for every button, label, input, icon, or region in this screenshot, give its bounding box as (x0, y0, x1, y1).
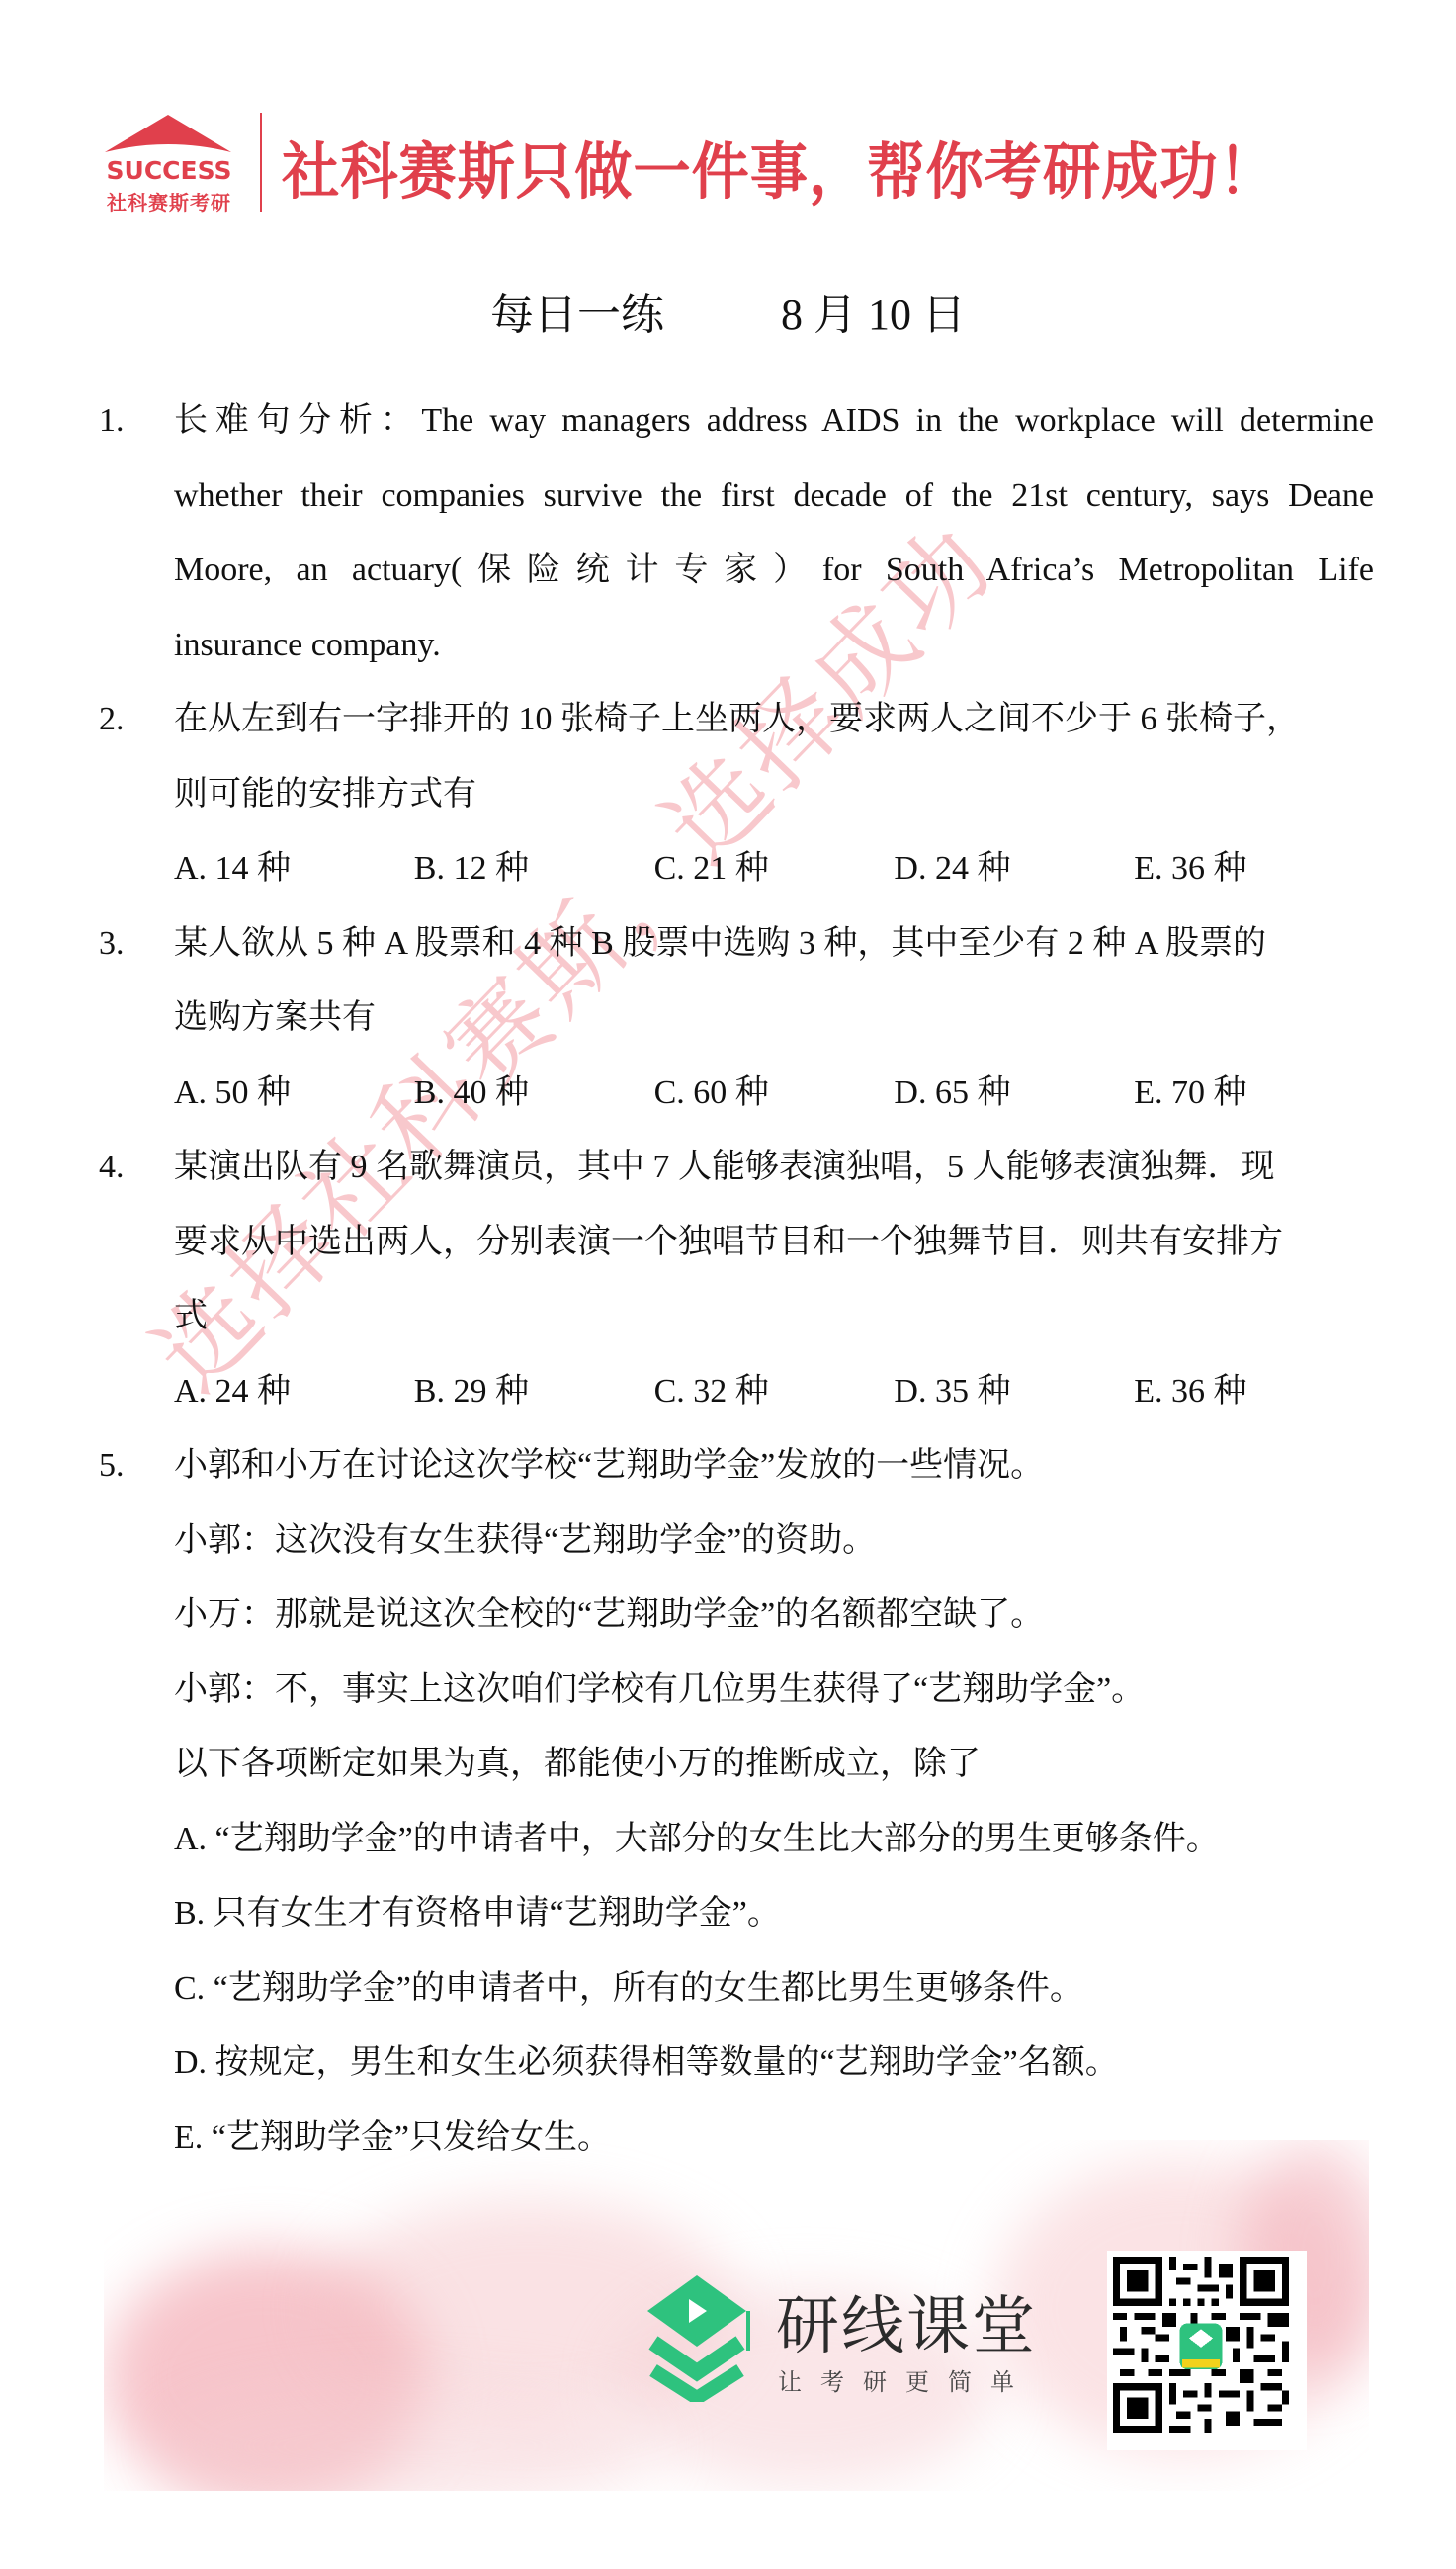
answer-options: A. 14 种 B. 12 种 C. 21 种 D. 24 种 E. 36 种 (174, 831, 1374, 906)
header-divider (260, 113, 262, 212)
option-c: C. 21 种 (654, 831, 895, 906)
dialogue-line: 小郭：这次没有女生获得“艺翔助学金”的资助。 (174, 1503, 1374, 1579)
header-slogan: 社科赛斯只做一件事，帮你考研成功！ (282, 123, 1277, 211)
title-label: 每日一练 (490, 279, 664, 342)
question-number: 2. (99, 682, 125, 757)
question-number: 4. (99, 1130, 125, 1205)
question-5: 5. 小郭和小万在讨论这次学校“艺翔助学金”发放的一些情况。 小郭：这次没有女生… (99, 1428, 1374, 2175)
question-text-line: 在从左到右一字排开的 10 张椅子上坐两人，要求两人之间不少于 6 张椅子， (174, 682, 1374, 757)
option-e: E. 36 种 (1134, 831, 1374, 906)
option-c: C. “艺翔助学金”的申请者中，所有的女生都比男生更够条件。 (174, 1951, 1374, 2026)
question-text-line: 某人欲从 5 种 A 股票和 4 种 B 股票中选购 3 种，其中至少有 2 种… (174, 906, 1374, 982)
question-text-line: Moore, an actuary(保险统计专家）for South Afric… (174, 533, 1374, 608)
question-number: 1. (99, 384, 125, 459)
option-e: E. 36 种 (1134, 1354, 1374, 1429)
option-d: D. 35 种 (894, 1354, 1134, 1429)
question-text-line: insurance company. (174, 608, 1374, 683)
qr-code-icon (1107, 2251, 1307, 2450)
question-prompt: 以下各项断定如果为真，都能使小万的推断成立，除了 (174, 1727, 1374, 1802)
answer-options: A. 50 种 B. 40 种 C. 60 种 D. 65 种 E. 70 种 (174, 1056, 1374, 1131)
option-c: C. 60 种 (654, 1056, 895, 1131)
header: SUCCESS 社科赛斯考研 社科赛斯只做一件事，帮你考研成功！ (99, 111, 1384, 224)
option-c: C. 32 种 (654, 1354, 895, 1429)
yanxian-logo-icon (638, 2273, 756, 2402)
logo-text-en: SUCCESS (99, 156, 239, 185)
question-1: 1. 长难句分析：The way managers address AIDS i… (99, 384, 1374, 682)
option-a: A. 50 种 (174, 1056, 414, 1131)
success-logo: SUCCESS 社科赛斯考研 (99, 111, 239, 219)
dialogue-line: 小万：那就是说这次全校的“艺翔助学金”的名额都空缺了。 (174, 1578, 1374, 1653)
question-text-line: 式 (174, 1279, 1374, 1354)
option-b: B. 12 种 (414, 831, 654, 906)
question-text-line: whether their companies survive the firs… (174, 459, 1374, 534)
option-d: D. 24 种 (894, 831, 1134, 906)
question-text-line: 某演出队有 9 名歌舞演员，其中 7 人能够表演独唱，5 人能够表演独舞．现 (174, 1130, 1374, 1205)
dialogue-line: 小郭：不，事实上这次咱们学校有几位男生获得了“艺翔助学金”。 (174, 1653, 1374, 1728)
option-d: D. 按规定，男生和女生必须获得相等数量的“艺翔助学金”名额。 (174, 2025, 1374, 2100)
question-number: 5. (99, 1428, 125, 1503)
question-text-line: 选购方案共有 (174, 981, 1374, 1056)
roof-icon (105, 115, 231, 154)
title-date: 8 月 10 日 (781, 279, 966, 342)
option-b: B. 只有女生才有资格申请“艺翔助学金”。 (174, 1876, 1374, 1951)
option-e: E. 70 种 (1134, 1056, 1374, 1131)
option-a: A. “艺翔助学金”的申请者中，大部分的女生比大部分的男生更够条件。 (174, 1802, 1374, 1877)
question-text-line: 长难句分析：The way managers address AIDS in t… (174, 384, 1374, 459)
question-list: 1. 长难句分析：The way managers address AIDS i… (99, 384, 1374, 2175)
answer-options: A. 24 种 B. 29 种 C. 32 种 D. 35 种 E. 36 种 (174, 1354, 1374, 1429)
option-d: D. 65 种 (894, 1056, 1134, 1131)
question-3: 3. 某人欲从 5 种 A 股票和 4 种 B 股票中选购 3 种，其中至少有 … (99, 906, 1374, 1131)
brand-tagline: 让考研更简单 (778, 2362, 1033, 2397)
logo-text-cn: 社科赛斯考研 (99, 187, 239, 215)
question-text-line: 则可能的安排方式有 (174, 757, 1374, 832)
question-text-line: 小郭和小万在讨论这次学校“艺翔助学金”发放的一些情况。 (174, 1428, 1374, 1503)
option-b: B. 40 种 (414, 1056, 654, 1131)
option-b: B. 29 种 (414, 1354, 654, 1429)
question-4: 4. 某演出队有 9 名歌舞演员，其中 7 人能够表演独唱，5 人能够表演独舞．… (99, 1130, 1374, 1428)
page-title: 每日一练8 月 10 日 (0, 279, 1456, 342)
brand-name: 研线课堂 (776, 2275, 1037, 2366)
footer-brand: 研线课堂 让考研更简单 (638, 2273, 1053, 2402)
question-text-line: 要求从中选出两人，分别表演一个独唱节目和一个独舞节目．则共有安排方 (174, 1205, 1374, 1280)
question-number: 3. (99, 906, 125, 982)
option-a: A. 24 种 (174, 1354, 414, 1429)
question-2: 2. 在从左到右一字排开的 10 张椅子上坐两人，要求两人之间不少于 6 张椅子… (99, 682, 1374, 906)
option-a: A. 14 种 (174, 831, 414, 906)
